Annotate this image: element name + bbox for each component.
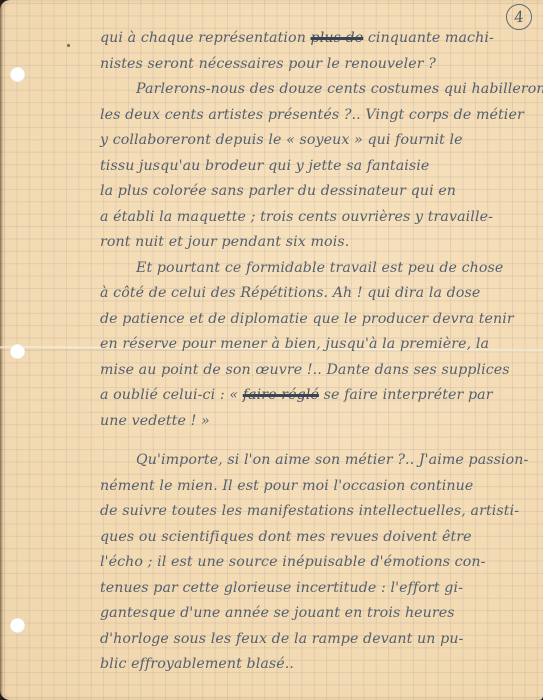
manuscript-line-paragraph-start: Parlerons-nous des douze cents costumes … xyxy=(100,77,520,103)
manuscript-line-paragraph-start: Et pourtant ce formidable travail est pe… xyxy=(100,256,520,282)
manuscript-line: d'horloge sous les feux de la rampe deva… xyxy=(100,627,520,653)
punch-hole-middle xyxy=(10,344,25,359)
manuscript-page: 4 qui à chaque représentation plus de ci… xyxy=(0,0,543,700)
manuscript-line-paragraph-start: Qu'importe, si l'on aime son métier ?.. … xyxy=(100,448,520,474)
manuscript-line: en réserve pour mener à bien, jusqu'à la… xyxy=(100,332,520,358)
manuscript-line: ques ou scientifiques dont mes revues do… xyxy=(100,525,520,551)
manuscript-line: nistes seront nécessaires pour le renouv… xyxy=(100,52,520,78)
line-text: cinquante machi- xyxy=(363,30,494,46)
manuscript-line: y collaboreront depuis le « soyeux » qui… xyxy=(100,128,520,154)
manuscript-line: ront nuit et jour pendant six mois. xyxy=(100,230,520,256)
manuscript-line: tenues par cette glorieuse incertitude :… xyxy=(100,576,520,602)
struck-out-word: plus de xyxy=(311,30,364,46)
manuscript-line: la plus colorée sans parler du dessinate… xyxy=(100,179,520,205)
line-text: se faire interpréter par xyxy=(319,387,493,403)
manuscript-line: blic effroyablement blasé.. xyxy=(100,652,520,678)
manuscript-line: gantesque d'une année se jouant en trois… xyxy=(100,601,520,627)
struck-out-word: faire réglé xyxy=(243,387,319,403)
manuscript-line: nément le mien. Il est pour moi l'occasi… xyxy=(100,474,520,500)
manuscript-line: a oublié celui-ci : « faire réglé se fai… xyxy=(100,383,520,409)
manuscript-line: mise au point de son œuvre !.. Dante dan… xyxy=(100,358,520,384)
manuscript-line: tissu jusqu'au brodeur qui y jette sa fa… xyxy=(100,154,520,180)
line-text: qui à chaque représentation xyxy=(100,30,311,46)
handwritten-text: qui à chaque représentation plus de cinq… xyxy=(100,26,520,678)
paragraph-gap xyxy=(100,434,520,448)
page-left-edge xyxy=(0,0,3,700)
manuscript-line: l'écho ; il est une source inépuisable d… xyxy=(100,550,520,576)
manuscript-line: a établi la maquette ; trois cents ouvri… xyxy=(100,205,520,231)
manuscript-line: une vedette ! » xyxy=(100,409,520,435)
punch-hole-bottom xyxy=(10,618,25,633)
manuscript-line: qui à chaque représentation plus de cinq… xyxy=(100,26,520,52)
line-text: a oublié celui-ci : « xyxy=(100,387,243,403)
manuscript-line: à côté de celui des Répétitions. Ah ! qu… xyxy=(100,281,520,307)
punch-hole-top xyxy=(10,67,25,82)
manuscript-line: les deux cents artistes présentés ?.. Vi… xyxy=(100,103,520,129)
ink-spot xyxy=(67,44,70,47)
manuscript-line: de patience et de diplomatie que le prod… xyxy=(100,307,520,333)
manuscript-line: de suivre toutes les manifestations inte… xyxy=(100,499,520,525)
